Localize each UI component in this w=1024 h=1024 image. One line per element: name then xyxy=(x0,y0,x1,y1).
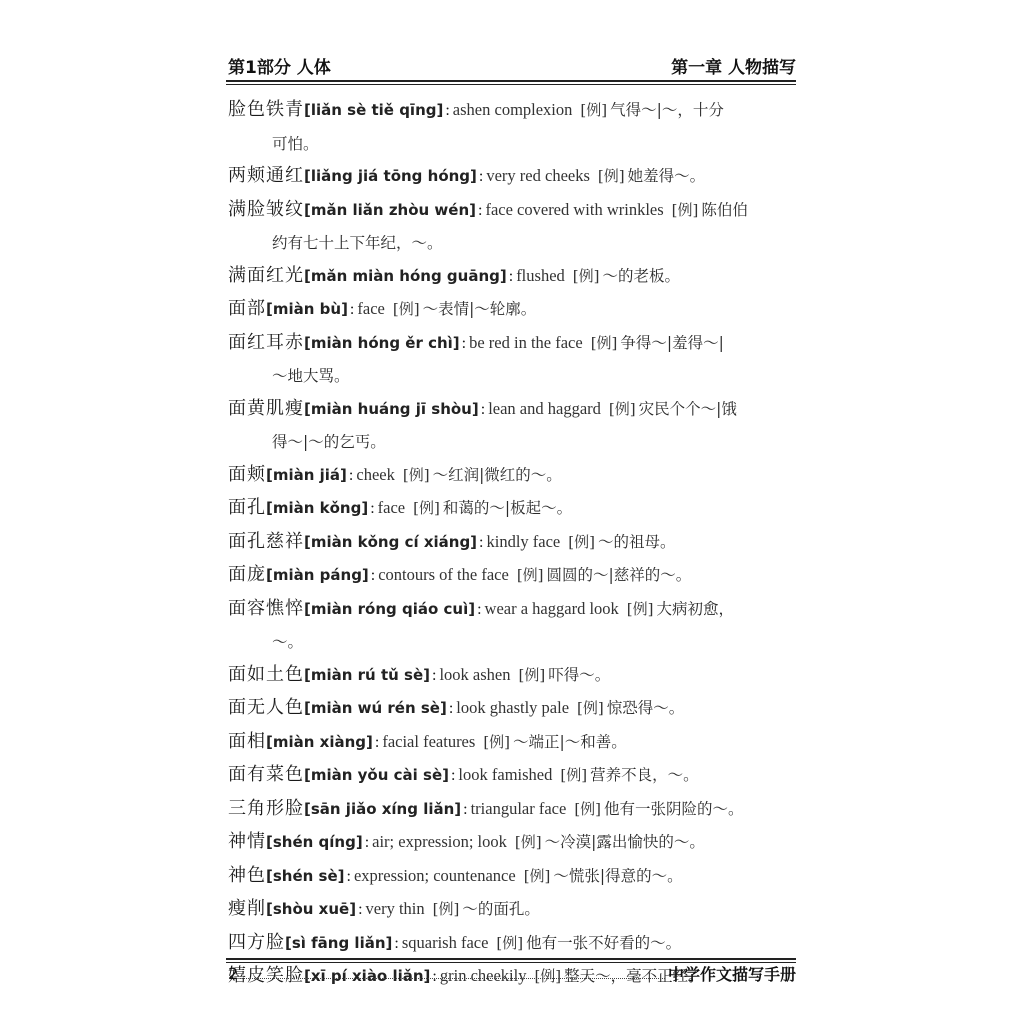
entry-continuation: 可怕。 xyxy=(228,128,796,161)
dictionary-entry: 面黄肌瘦[miàn huáng jī shòu]:lean and haggar… xyxy=(228,393,796,459)
entry-english: cheek xyxy=(356,465,394,484)
entry-pinyin: [miàn hóng ěr chì] xyxy=(304,334,460,352)
entry-example: 吓得～。 xyxy=(548,666,610,684)
entry-pinyin: [mǎn miàn hóng guāng] xyxy=(304,267,507,285)
entry-line: 面相[miàn xiàng]:facial features[例]～端正|～和善… xyxy=(228,726,796,760)
entry-headword: 面容憔悴 xyxy=(228,598,304,619)
entry-english: face xyxy=(357,299,384,318)
entry-continuation: 约有七十上下年纪，～。 xyxy=(228,227,796,260)
entry-list: 脸色铁青[liǎn sè tiě qīng]:ashen complexion[… xyxy=(228,94,796,994)
entry-line: 面无人色[miàn wú rén sè]:look ghastly pale[例… xyxy=(228,692,796,726)
dictionary-entry: 神情[shén qíng]:air; expression; look[例]～冷… xyxy=(228,826,796,860)
entry-colon: : xyxy=(479,401,488,418)
dictionary-entry: 面有菜色[miàn yǒu cài sè]:look famished[例]营养… xyxy=(228,759,796,793)
entry-headword: 面红耳赤 xyxy=(228,332,304,353)
entry-colon: : xyxy=(345,868,354,885)
entry-english: lean and haggard xyxy=(488,399,601,418)
entry-english: look famished xyxy=(458,765,552,784)
example-tag: [例] xyxy=(475,733,513,751)
example-tag: [例] xyxy=(572,101,610,119)
example-tag: [例] xyxy=(560,533,598,551)
entry-pinyin: [miàn wú rén sè] xyxy=(304,699,447,717)
entry-pinyin: [miàn kǒng cí xiáng] xyxy=(304,533,477,551)
dot-leader xyxy=(240,978,665,979)
entry-example: ～冷漠|露出愉快的～。 xyxy=(545,833,705,851)
entry-english: triangular face xyxy=(471,799,567,818)
entry-example: 惊恐得～。 xyxy=(607,699,685,717)
entry-example: 和蔼的～|板起～。 xyxy=(443,499,572,517)
running-footer: 2 中学作文描写手册 xyxy=(228,962,796,984)
entry-line: 两颊通红[liǎng jiá tōng hóng]:very red cheek… xyxy=(228,160,796,194)
entry-example: 营养不良，～。 xyxy=(590,766,699,784)
entry-headword: 面部 xyxy=(228,298,266,319)
dictionary-entry: 满面红光[mǎn miàn hóng guāng]:flushed[例]～的老板… xyxy=(228,260,796,294)
entry-english: look ashen xyxy=(439,665,510,684)
entry-colon: : xyxy=(369,567,378,584)
section-title: 第1部分 人体 xyxy=(228,53,331,78)
entry-headword: 神色 xyxy=(228,865,266,886)
entry-continuation: ～地大骂。 xyxy=(228,360,796,393)
dictionary-entry: 面孔[miàn kǒng]:face[例]和蔼的～|板起～。 xyxy=(228,492,796,526)
entry-pinyin: [miàn yǒu cài sè] xyxy=(304,766,449,784)
entry-example: 灾民个个～|饿 xyxy=(639,400,737,418)
entry-line: 面红耳赤[miàn hóng ěr chì]:be red in the fac… xyxy=(228,327,796,361)
entry-line: 面孔[miàn kǒng]:face[例]和蔼的～|板起～。 xyxy=(228,492,796,526)
dictionary-entry: 瘦削[shòu xuē]:very thin[例]～的面孔。 xyxy=(228,893,796,927)
dictionary-entry: 面相[miàn xiàng]:facial features[例]～端正|～和善… xyxy=(228,726,796,760)
entry-headword: 面相 xyxy=(228,731,266,752)
dictionary-entry: 面无人色[miàn wú rén sè]:look ghastly pale[例… xyxy=(228,692,796,726)
entry-example: ～慌张|得意的～。 xyxy=(553,867,682,885)
example-tag: [例] xyxy=(425,900,463,918)
entry-example: 气得～|～，十分 xyxy=(610,101,724,119)
book-page: 第1部分 人体 第一章 人物描写 脸色铁青[liǎn sè tiě qīng]:… xyxy=(228,0,796,1024)
entry-headword: 面有菜色 xyxy=(228,764,304,785)
entry-line: 三角形脸[sān jiǎo xíng liǎn]:triangular face… xyxy=(228,793,796,827)
entry-example: ～端正|～和善。 xyxy=(513,733,627,751)
entry-example: ～的老板。 xyxy=(602,267,680,285)
dictionary-entry: 面庞[miàn páng]:contours of the face[例]圆圆的… xyxy=(228,559,796,593)
book-title: 中学作文描写手册 xyxy=(668,962,796,985)
example-tag: [例] xyxy=(507,833,545,851)
chapter-title: 第一章 人物描写 xyxy=(671,53,796,78)
entry-headword: 面如土色 xyxy=(228,664,304,685)
example-tag: [例] xyxy=(619,600,657,618)
entry-line: 面颊[miàn jiá]:cheek[例]～红润|微红的～。 xyxy=(228,459,796,493)
entry-line: 神情[shén qíng]:air; expression; look[例]～冷… xyxy=(228,826,796,860)
example-tag: [例] xyxy=(516,867,554,885)
dictionary-entry: 面部[miàn bù]:face[例]～表情|～轮廓。 xyxy=(228,293,796,327)
dictionary-entry: 三角形脸[sān jiǎo xíng liǎn]:triangular face… xyxy=(228,793,796,827)
dictionary-entry: 满脸皱纹[mǎn liǎn zhòu wén]:face covered wit… xyxy=(228,194,796,260)
entry-english: very thin xyxy=(366,899,425,918)
entry-colon: : xyxy=(507,268,516,285)
example-tag: [例] xyxy=(664,201,702,219)
entry-english: contours of the face xyxy=(378,565,509,584)
example-tag: [例] xyxy=(509,566,547,584)
entry-colon: : xyxy=(477,168,486,185)
entry-colon: : xyxy=(348,301,357,318)
entry-pinyin: [shòu xuē] xyxy=(266,900,356,918)
entry-pinyin: [miàn bù] xyxy=(266,300,348,318)
entry-pinyin: [miàn kǒng] xyxy=(266,499,368,517)
dictionary-entry: 面颊[miàn jiá]:cheek[例]～红润|微红的～。 xyxy=(228,459,796,493)
entry-pinyin: [miàn jiá] xyxy=(266,466,347,484)
entry-headword: 两颊通红 xyxy=(228,165,304,186)
dictionary-entry: 两颊通红[liǎng jiá tōng hóng]:very red cheek… xyxy=(228,160,796,194)
entry-line: 满脸皱纹[mǎn liǎn zhòu wén]:face covered wit… xyxy=(228,194,796,228)
entry-headword: 面无人色 xyxy=(228,697,304,718)
entry-english: flushed xyxy=(516,266,565,285)
entry-example: ～表情|～轮廓。 xyxy=(423,300,537,318)
entry-example: 圆圆的～|慈祥的～。 xyxy=(547,566,692,584)
example-tag: [例] xyxy=(552,766,590,784)
dictionary-entry: 神色[shén sè]:expression; countenance[例]～慌… xyxy=(228,860,796,894)
entry-colon: : xyxy=(449,767,458,784)
entry-colon: : xyxy=(347,467,356,484)
entry-example: ～的祖母。 xyxy=(598,533,676,551)
entry-continuation: 得～|～的乞丐。 xyxy=(228,426,796,459)
entry-pinyin: [mǎn liǎn zhòu wén] xyxy=(304,201,476,219)
entry-english: expression; countenance xyxy=(354,866,516,885)
entry-english: wear a haggard look xyxy=(485,599,619,618)
entry-example: 他有一张阴险的～。 xyxy=(604,800,744,818)
example-tag: [例] xyxy=(583,334,621,352)
entry-colon: : xyxy=(447,700,456,717)
entry-example: ～红润|微红的～。 xyxy=(433,466,562,484)
entry-headword: 面庞 xyxy=(228,564,266,585)
entry-line: 面庞[miàn páng]:contours of the face[例]圆圆的… xyxy=(228,559,796,593)
entry-english: be red in the face xyxy=(469,333,583,352)
entry-english: very red cheeks xyxy=(486,166,590,185)
entry-line: 面部[miàn bù]:face[例]～表情|～轮廓。 xyxy=(228,293,796,327)
example-tag: [例] xyxy=(565,267,603,285)
entry-english: face covered with wrinkles xyxy=(485,200,663,219)
dictionary-entry: 面容憔悴[miàn róng qiáo cuì]:wear a haggard … xyxy=(228,593,796,659)
dictionary-entry: 四方脸[sì fāng liǎn]:squarish face[例]他有一张不好… xyxy=(228,927,796,961)
entry-line: 四方脸[sì fāng liǎn]:squarish face[例]他有一张不好… xyxy=(228,927,796,961)
example-tag: [例] xyxy=(590,167,628,185)
entry-headword: 面颊 xyxy=(228,464,266,485)
dictionary-entry: 面如土色[miàn rú tǔ sè]:look ashen[例]吓得～。 xyxy=(228,659,796,693)
example-tag: [例] xyxy=(510,666,548,684)
entry-english: squarish face xyxy=(402,933,489,952)
entry-headword: 面孔 xyxy=(228,497,266,518)
entry-line: 满面红光[mǎn miàn hóng guāng]:flushed[例]～的老板… xyxy=(228,260,796,294)
entry-pinyin: [shén qíng] xyxy=(266,833,363,851)
entry-colon: : xyxy=(475,601,484,618)
entry-colon: : xyxy=(461,801,470,818)
entry-continuation: ～。 xyxy=(228,626,796,659)
entry-headword: 瘦削 xyxy=(228,898,266,919)
entry-colon: : xyxy=(460,335,469,352)
entry-headword: 三角形脸 xyxy=(228,798,304,819)
dictionary-entry: 面红耳赤[miàn hóng ěr chì]:be red in the fac… xyxy=(228,327,796,393)
entry-headword: 面黄肌瘦 xyxy=(228,398,304,419)
entry-line: 瘦削[shòu xuē]:very thin[例]～的面孔。 xyxy=(228,893,796,927)
entry-colon: : xyxy=(363,834,372,851)
entry-pinyin: [miàn xiàng] xyxy=(266,733,373,751)
entry-line: 面孔慈祥[miàn kǒng cí xiáng]:kindly face[例]～… xyxy=(228,526,796,560)
entry-colon: : xyxy=(392,935,401,952)
example-tag: [例] xyxy=(566,800,604,818)
header-rule xyxy=(226,80,796,85)
entry-pinyin: [miàn páng] xyxy=(266,566,369,584)
entry-pinyin: [miàn huáng jī shòu] xyxy=(304,400,479,418)
entry-headword: 神情 xyxy=(228,831,266,852)
dictionary-entry: 面孔慈祥[miàn kǒng cí xiáng]:kindly face[例]～… xyxy=(228,526,796,560)
entry-colon: : xyxy=(368,500,377,517)
dictionary-entry: 脸色铁青[liǎn sè tiě qīng]:ashen complexion[… xyxy=(228,94,796,160)
entry-english: ashen complexion xyxy=(453,100,573,119)
running-header: 第1部分 人体 第一章 人物描写 xyxy=(228,52,796,78)
entry-colon: : xyxy=(477,534,486,551)
entry-colon: : xyxy=(373,734,382,751)
entry-headword: 四方脸 xyxy=(228,932,285,953)
entry-english: face xyxy=(378,498,405,517)
entry-line: 面容憔悴[miàn róng qiáo cuì]:wear a haggard … xyxy=(228,593,796,627)
entry-line: 面有菜色[miàn yǒu cài sè]:look famished[例]营养… xyxy=(228,759,796,793)
entry-pinyin: [liǎn sè tiě qīng] xyxy=(304,101,443,119)
example-tag: [例] xyxy=(601,400,639,418)
entry-example: 陈伯伯 xyxy=(701,201,748,219)
example-tag: [例] xyxy=(405,499,443,517)
example-tag: [例] xyxy=(385,300,423,318)
entry-pinyin: [sān jiǎo xíng liǎn] xyxy=(304,800,461,818)
example-tag: [例] xyxy=(569,699,607,717)
entry-headword: 满面红光 xyxy=(228,265,304,286)
example-tag: [例] xyxy=(488,934,526,952)
entry-english: kindly face xyxy=(487,532,561,551)
entry-headword: 满脸皱纹 xyxy=(228,199,304,220)
entry-english: facial features xyxy=(382,732,475,751)
entry-colon: : xyxy=(443,102,452,119)
page-number: 2 xyxy=(228,964,238,983)
entry-colon: : xyxy=(356,901,365,918)
entry-example: 她羞得～。 xyxy=(628,167,706,185)
example-tag: [例] xyxy=(395,466,433,484)
entry-example: ～的面孔。 xyxy=(462,900,540,918)
entry-pinyin: [sì fāng liǎn] xyxy=(285,934,392,952)
entry-pinyin: [liǎng jiá tōng hóng] xyxy=(304,167,477,185)
entry-english: look ghastly pale xyxy=(456,698,569,717)
entry-line: 脸色铁青[liǎn sè tiě qīng]:ashen complexion[… xyxy=(228,94,796,128)
entry-pinyin: [miàn róng qiáo cuì] xyxy=(304,600,475,618)
entry-example: 他有一张不好看的～。 xyxy=(526,934,681,952)
entry-line: 面黄肌瘦[miàn huáng jī shòu]:lean and haggar… xyxy=(228,393,796,427)
entry-example: 争得～|羞得～| xyxy=(620,334,723,352)
entry-pinyin: [shén sè] xyxy=(266,867,345,885)
entry-english: air; expression; look xyxy=(372,832,507,851)
entry-example: 大病初愈， xyxy=(657,600,735,618)
entry-headword: 脸色铁青 xyxy=(228,99,304,120)
entry-line: 面如土色[miàn rú tǔ sè]:look ashen[例]吓得～。 xyxy=(228,659,796,693)
entry-line: 神色[shén sè]:expression; countenance[例]～慌… xyxy=(228,860,796,894)
entry-pinyin: [miàn rú tǔ sè] xyxy=(304,666,430,684)
entry-headword: 面孔慈祥 xyxy=(228,531,304,552)
